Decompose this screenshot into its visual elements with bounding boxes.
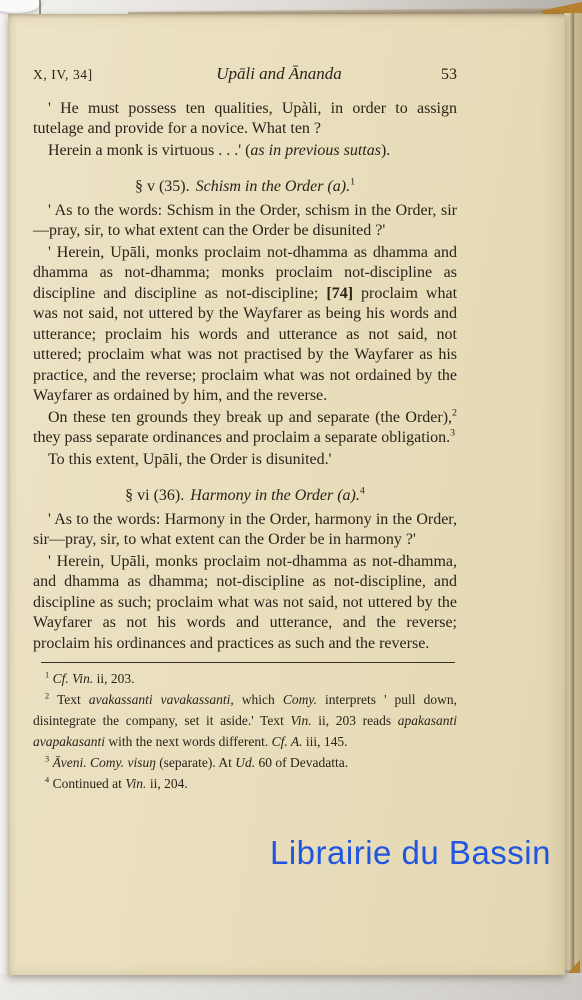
text-run: Continued at [49,776,125,791]
text-run: Cf. A. [272,734,303,749]
text-run: Cf. Vin. [53,671,94,686]
paragraph: ' Herein, Upāli, monks proclaim not-dham… [33,243,457,407]
footnote: 3 Āveni. Comy. visuŋ (separate). At Ud. … [33,752,457,773]
text-run: Vin. [125,776,146,791]
text-run: proclaim what was not said, not uttered … [33,285,457,405]
text-run: Vin. [290,713,311,728]
section-reference: X, IV, 34] [33,65,145,86]
page-content: X, IV, 34] Upāli and Ānanda 53 ' He must… [33,64,457,794]
text-run: Herein a monk is virtuous . . .' ( [48,142,250,159]
section-number: § v (35). [135,178,190,195]
section-harmony: § vi (36).Harmony in the Order (a).4 ' A… [33,486,457,654]
paragraph: On these ten grounds they break up and s… [33,408,457,449]
footnote: 2 Text avakassanti vavakassanti, which C… [33,689,457,752]
table-surface [0,973,582,1000]
section-number: § vi (36). [125,487,184,504]
text-run: ' As to the words: Harmony in the Order,… [33,511,457,549]
text-run: they pass separate ordinances and procla… [33,429,450,446]
footnote-separator [41,662,455,663]
bookseller-watermark: Librairie du Bassin [270,834,551,872]
text-run: Ud. [235,755,255,770]
footnote-ref: 1 [350,177,355,188]
text-run: ii, 203 reads [312,713,398,728]
text-run: avakassanti vavakassanti [89,692,231,707]
section-title: Harmony in the Order (a). [190,487,360,504]
text-run: Text [49,692,89,707]
text-run: Āveni. [53,755,87,770]
text-run: [74] [326,285,353,302]
paragraph: To this extent, Upāli, the Order is disu… [33,450,457,471]
text-run: ' He must possess ten qualities, Upàli, … [33,100,457,138]
string-artifact [39,0,41,14]
text-run: 3 [450,428,455,439]
text-run: (separate). At [156,755,235,770]
book-page: X, IV, 34] Upāli and Ānanda 53 ' He must… [8,14,565,975]
section-heading: § v (35).Schism in the Order (a).1 [33,177,457,198]
text-run: ' As to the words: Schism in the Order, … [33,202,457,240]
text-run: with the next words different. [105,734,272,749]
footnote: 1 Cf. Vin. ii, 203. [33,668,457,689]
footnotes: 1 Cf. Vin. ii, 203. 2 Text avakassanti v… [33,668,457,794]
paragraph: Herein a monk is virtuous . . .' (as in … [33,141,457,162]
paragraph: ' As to the words: Harmony in the Order,… [33,510,457,551]
running-title: Upāli and Ānanda [145,64,399,85]
text-run: ii, 203. [93,671,134,686]
text-run: ii, 204. [146,776,187,791]
text-run: iii, 145. [302,734,347,749]
text-run: ' Herein, Upāli, monks proclaim not-dham… [33,553,457,652]
text-run: 60 of Devadatta. [255,755,348,770]
paragraph: ' He must possess ten qualities, Upàli, … [33,99,457,140]
section-schism: § v (35).Schism in the Order (a).1 ' As … [33,177,457,470]
text-run: Comy. visuŋ [90,755,156,770]
running-header: X, IV, 34] Upāli and Ānanda 53 [33,64,457,86]
page-number: 53 [399,65,457,86]
paragraph: ' Herein, Upāli, monks proclaim not-dham… [33,552,457,655]
photo-background: X, IV, 34] Upāli and Ānanda 53 ' He must… [0,0,582,1000]
paragraph: ' As to the words: Schism in the Order, … [33,201,457,242]
footnote-ref: 4 [360,486,365,497]
section-title: Schism in the Order (a). [196,178,351,195]
footnote: 4 Continued at Vin. ii, 204. [33,773,457,794]
section-heading: § vi (36).Harmony in the Order (a).4 [33,486,457,507]
book-fore-edge [564,13,582,970]
text-run: ). [381,142,390,159]
background-object [0,0,42,13]
text-run: , which [230,692,282,707]
text-run: On these ten grounds they break up and s… [48,409,452,426]
text-run: 2 [452,407,457,418]
text-run: as in previous suttas [250,142,381,159]
text-run: Comy. [283,692,317,707]
text-run: To this extent, Upāli, the Order is disu… [48,451,332,468]
